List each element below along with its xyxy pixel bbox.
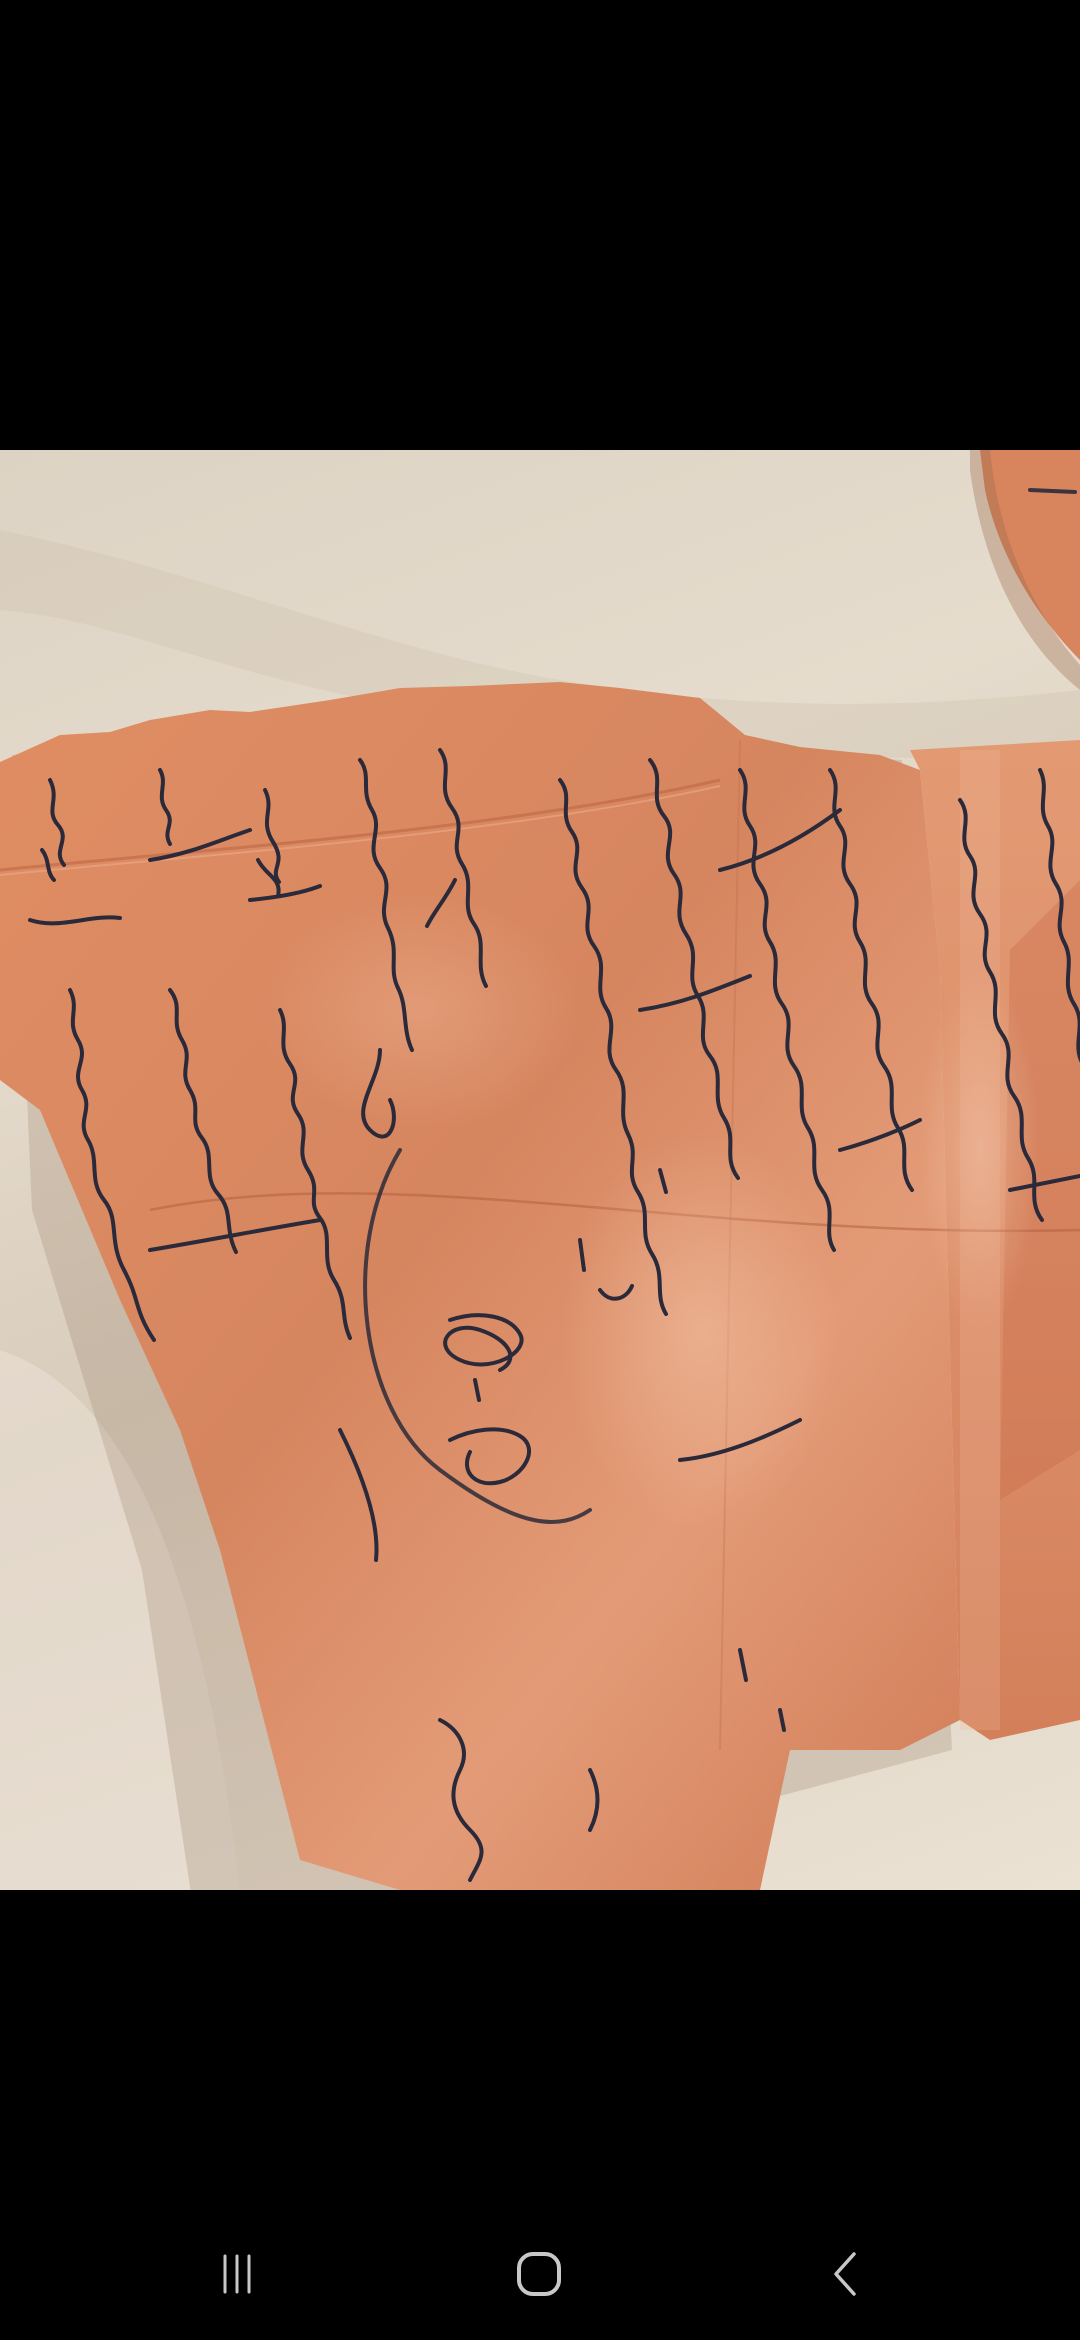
home-button[interactable]: [494, 2244, 584, 2304]
photo[interactable]: [0, 450, 1080, 1890]
recent-apps-icon: [217, 2252, 257, 2296]
letter-photo-illustration: [0, 450, 1080, 1890]
navigation-bar: [0, 2200, 1080, 2340]
photo-viewer: handwritten letter fragment on orange pa…: [0, 0, 1080, 2340]
recent-apps-button[interactable]: [192, 2244, 282, 2304]
home-icon: [515, 2250, 563, 2298]
back-icon: [830, 2251, 860, 2297]
back-button[interactable]: [800, 2244, 890, 2304]
